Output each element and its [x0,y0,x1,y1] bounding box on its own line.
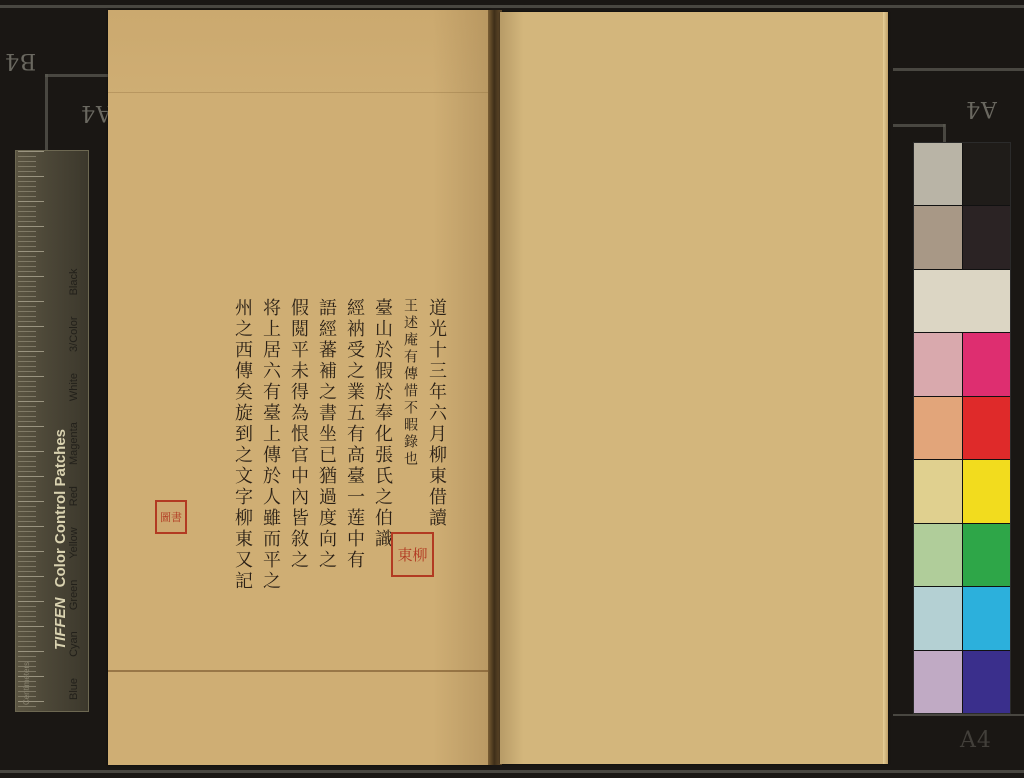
mat-guide-line-right-h2 [893,124,945,127]
color-label-black: Black [68,269,80,296]
inscription-column: 臺山於假於奉化張氏之伯識 [367,298,391,598]
color-patch-green [963,524,1011,586]
inscription-column: 将上居六有臺上傳於人雖而平之 [255,298,279,598]
color-patch-salmon [914,397,962,459]
mat-guide-line-right-h1 [893,68,1024,71]
mat-guide-line-left-v [45,74,48,154]
color-calibration-patches [913,142,1011,714]
color-patch-cyan [963,587,1011,649]
color-patch-magenta [963,333,1011,395]
color-patch-tan [914,206,962,268]
color-label-cyan: Cyan [68,631,80,657]
red-seal-stamp-right: 東柳 [391,532,434,577]
color-patch-white [914,270,1010,332]
ruler-title: Color Control Patches [52,429,69,587]
ruler-major-ticks [18,151,44,711]
color-patch-yellow-light [914,460,962,522]
mat-guide-line-right-v [943,124,946,144]
inscription-column: 假閲平未得為恨官中內皆敘之 [283,298,307,598]
mat-label-a4-right: A4 [965,96,997,121]
page-fold-line-bottom [108,670,490,672]
mat-guide-line-bottom-right [893,714,1024,716]
inscription-column: 經衲受之業五有高臺一莲中有 [339,298,363,598]
ruler-units-label: Centimeters [22,662,31,705]
red-seal-stamp-left: 圖書 [155,500,187,534]
color-patch-green-light [914,524,962,586]
color-patch-yellow [963,460,1011,522]
inscription-column: 州之西傳矣旋到之文字柳東又記 [227,298,251,598]
color-patch-black [963,143,1011,205]
book-right-page [500,12,888,764]
mat-label-b4: B4 [4,48,36,73]
color-patch-red [963,397,1011,459]
color-label-red: Red [68,486,80,506]
ruler-color-labels: Blue Cyan Green Yellow Red Magenta White… [68,269,80,701]
ruler-brand-title: TIFFEN Color Control Patches [52,429,69,650]
color-patch-cyan-light [914,587,962,649]
color-label-3color: 3/Color [68,316,80,351]
color-label-green: Green [68,580,80,611]
mat-label-a4-bottom: A4 [960,728,992,753]
page-edge [883,12,888,764]
color-patch-lavender [914,651,962,713]
mat-guide-line-top [0,5,1024,8]
color-label-white: White [68,373,80,401]
color-patch-dark-brown [963,206,1011,268]
inscription-column: 語經蕃補之書坐已猶過度向之 [311,298,335,598]
color-patch-blue-violet [963,651,1011,713]
color-patch-gray-light [914,143,962,205]
tiffen-logo: TIFFEN [52,598,69,651]
color-label-yellow: Yellow [68,527,80,558]
color-patch-pink-light [914,333,962,395]
color-label-blue: Blue [68,678,80,700]
color-label-magenta: Magenta [68,422,80,465]
mat-guide-line-left-h [45,74,110,77]
page-fold-line-top [108,92,490,93]
mat-guide-line-bottom [0,770,1024,773]
